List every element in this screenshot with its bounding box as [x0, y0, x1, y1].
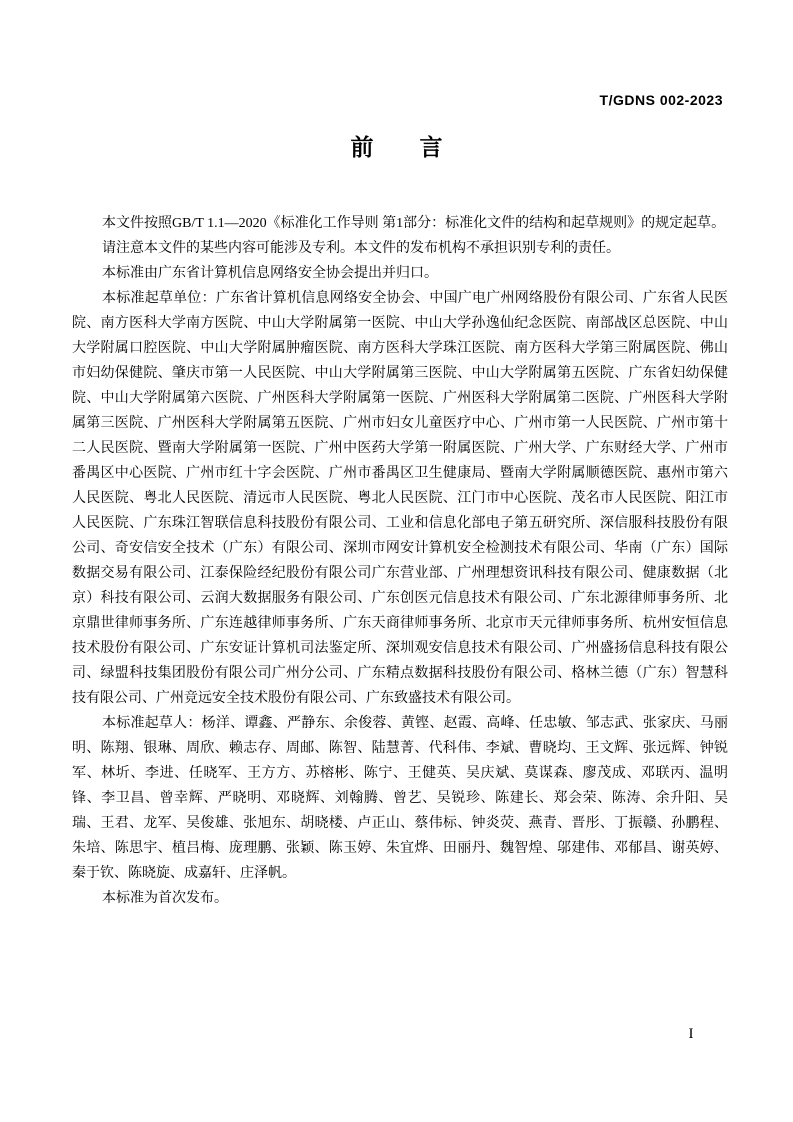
- paragraph-first-publication: 本标准为首次发布。: [72, 886, 728, 911]
- document-page: T/GDNS 002-2023 前 言 本文件按照GB/T 1.1—2020《标…: [0, 0, 793, 1122]
- page-number: I: [680, 1026, 702, 1043]
- paragraph-drafters: 本标准起草人：杨洋、谭鑫、严静东、余俊蓉、黄铿、赵霞、高峰、任忠敏、邹志武、张家…: [72, 711, 728, 886]
- paragraph-drafting-organizations: 本标准起草单位：广东省计算机信息网络安全协会、中国广电广州网络股份有限公司、广东…: [72, 286, 728, 711]
- paragraph-patent-notice: 请注意本文件的某些内容可能涉及专利。本文件的发布机构不承担识别专利的责任。: [72, 236, 728, 261]
- paragraph-proposed-by: 本标准由广东省计算机信息网络安全协会提出并归口。: [72, 261, 728, 286]
- page-title: 前 言: [0, 131, 793, 163]
- paragraph-drafting-rules: 本文件按照GB/T 1.1—2020《标准化工作导则 第1部分：标准化文件的结构…: [72, 211, 728, 236]
- standard-number: T/GDNS 002-2023: [600, 92, 723, 108]
- document-body: 本文件按照GB/T 1.1—2020《标准化工作导则 第1部分：标准化文件的结构…: [72, 211, 728, 911]
